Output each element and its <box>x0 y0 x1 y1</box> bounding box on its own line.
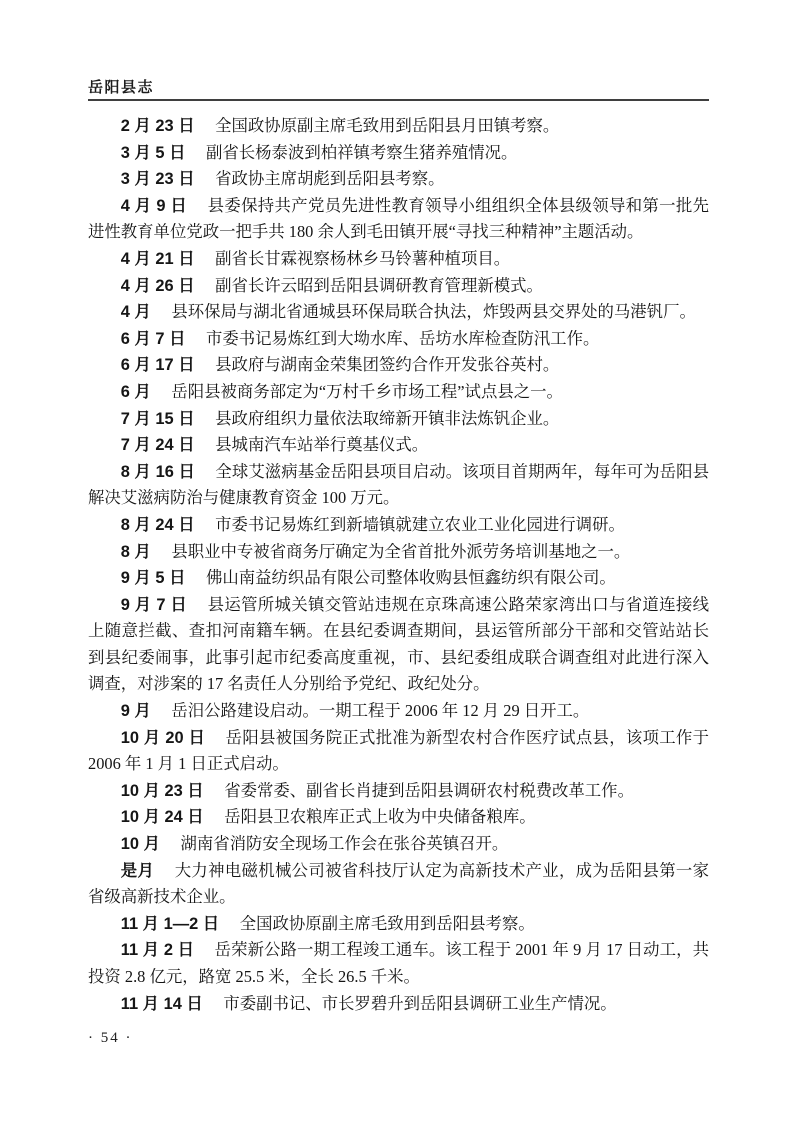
entry-date: 3 月 5 日 <box>121 144 186 162</box>
entry-text: 岳阳县卫农粮库正式上收为中央储备粮库。 <box>224 807 535 826</box>
chronicle-entries: 2 月 23 日全国政协原副主席毛致用到岳阳县月田镇考察。3 月 5 日副省长杨… <box>88 113 709 1017</box>
entry-text: 省委常委、副省长肖捷到岳阳县调研农村税费改革工作。 <box>224 781 634 800</box>
entry-text: 佛山南益纺织品有限公司整体收购县恒鑫纺织有限公司。 <box>206 568 616 587</box>
chronicle-entry: 2 月 23 日全国政协原副主席毛致用到岳阳县月田镇考察。 <box>88 113 709 140</box>
chronicle-entry: 是月大力神电磁机械公司被省科技厅认定为高新技术产业，成为岳阳县第一家省级高新技术… <box>88 858 709 911</box>
chronicle-entry: 11 月 1—2 日全国政协原副主席毛致用到岳阳县考察。 <box>88 911 709 938</box>
entry-date: 11 月 2 日 <box>121 941 194 959</box>
book-title: 岳阳县志 <box>88 79 154 96</box>
entry-date: 11 月 14 日 <box>121 995 203 1013</box>
entry-date: 9 月 7 日 <box>121 596 187 614</box>
chronicle-entry: 9 月 5 日佛山南益纺织品有限公司整体收购县恒鑫纺织有限公司。 <box>88 565 709 592</box>
entry-text: 县政府组织力量依法取缔新开镇非法炼钒企业。 <box>215 409 559 428</box>
running-header: 岳阳县志 <box>88 76 709 97</box>
entry-date: 6 月 17 日 <box>121 356 195 374</box>
entry-text: 副省长杨泰波到柏祥镇考察生猪养殖情况。 <box>206 143 517 162</box>
chronicle-entry: 10 月湖南省消防安全现场工作会在张谷英镇召开。 <box>88 831 709 858</box>
entry-text: 岳阳县被商务部定为“万村千乡市场工程”试点县之一。 <box>171 382 563 401</box>
entry-date: 10 月 24 日 <box>121 808 204 826</box>
entry-date: 7 月 15 日 <box>121 410 195 428</box>
chronicle-entry: 3 月 5 日副省长杨泰波到柏祥镇考察生猪养殖情况。 <box>88 140 709 167</box>
chronicle-entry: 11 月 2 日岳荣新公路一期工程竣工通车。该工程于 2001 年 9 月 17… <box>88 937 709 990</box>
chronicle-entry: 6 月岳阳县被商务部定为“万村千乡市场工程”试点县之一。 <box>88 379 709 406</box>
chronicle-entry: 10 月 24 日岳阳县卫农粮库正式上收为中央储备粮库。 <box>88 804 709 831</box>
chronicle-entry: 4 月 9 日县委保持共产党员先进性教育领导小组组织全体县级领导和第一批先进性教… <box>88 193 709 246</box>
chronicle-entry: 3 月 23 日省政协主席胡彪到岳阳县考察。 <box>88 166 709 193</box>
entry-date: 7 月 24 日 <box>121 436 195 454</box>
chronicle-entry: 8 月县职业中专被省商务厅确定为全省首批外派劳务培训基地之一。 <box>88 539 709 566</box>
chronicle-entry: 9 月岳汨公路建设启动。一期工程于 2006 年 12 月 29 日开工。 <box>88 698 709 725</box>
entry-text: 市委书记易炼红到新墙镇就建立农业工业化园进行调研。 <box>215 515 625 534</box>
entry-text: 市委副书记、市长罗碧升到岳阳县调研工业生产情况。 <box>223 994 616 1013</box>
entry-date: 2 月 23 日 <box>121 117 195 135</box>
document-page: 岳阳县志 2 月 23 日全国政协原副主席毛致用到岳阳县月田镇考察。3 月 5 … <box>0 0 793 1122</box>
chronicle-entry: 6 月 7 日市委书记易炼红到大坳水库、岳坊水库检查防汛工作。 <box>88 326 709 353</box>
entry-date: 9 月 5 日 <box>121 569 186 587</box>
entry-date: 8 月 16 日 <box>121 463 195 481</box>
entry-text: 副省长甘霖视察杨林乡马铃薯种植项目。 <box>215 249 510 268</box>
entry-date: 8 月 <box>121 543 151 561</box>
entry-text: 全国政协原副主席毛致用到岳阳县考察。 <box>240 914 535 933</box>
entry-text: 县城南汽车站举行奠基仪式。 <box>215 435 428 454</box>
entry-date: 6 月 7 日 <box>121 330 186 348</box>
header-rule <box>88 99 709 101</box>
entry-text: 全国政协原副主席毛致用到岳阳县月田镇考察。 <box>215 116 559 135</box>
entry-text: 岳汨公路建设启动。一期工程于 2006 年 12 月 29 日开工。 <box>171 701 589 720</box>
entry-date: 4 月 9 日 <box>121 197 187 215</box>
entry-date: 4 月 26 日 <box>121 277 195 295</box>
entry-text: 县职业中专被省商务厅确定为全省首批外派劳务培训基地之一。 <box>171 542 630 561</box>
entry-date: 10 月 20 日 <box>121 729 205 747</box>
entry-text: 大力神电磁机械公司被省科技厅认定为高新技术产业，成为岳阳县第一家省级高新技术企业… <box>88 861 709 907</box>
chronicle-entry: 7 月 24 日县城南汽车站举行奠基仪式。 <box>88 432 709 459</box>
chronicle-entry: 4 月 26 日副省长许云昭到岳阳县调研教育管理新模式。 <box>88 273 709 300</box>
chronicle-entry: 10 月 20 日岳阳县被国务院正式批准为新型农村合作医疗试点县，该项工作于 2… <box>88 725 709 778</box>
entry-date: 8 月 24 日 <box>121 516 195 534</box>
entry-date: 4 月 21 日 <box>121 250 195 268</box>
entry-date: 3 月 23 日 <box>121 170 195 188</box>
entry-text: 县政府与湖南金荣集团签约合作开发张谷英村。 <box>215 355 559 374</box>
page-number: · 54 · <box>88 1030 133 1047</box>
chronicle-entry: 11 月 14 日市委副书记、市长罗碧升到岳阳县调研工业生产情况。 <box>88 991 709 1018</box>
chronicle-entry: 9 月 7 日县运管所城关镇交管站违规在京珠高速公路荣家湾出口与省道连接线上随意… <box>88 592 709 698</box>
entry-text: 县环保局与湖北省通城县环保局联合执法，炸毁两县交界处的马港钒厂。 <box>171 302 696 321</box>
chronicle-entry: 10 月 23 日省委常委、副省长肖捷到岳阳县调研农村税费改革工作。 <box>88 778 709 805</box>
entry-date: 11 月 1—2 日 <box>121 915 219 933</box>
entry-date: 是月 <box>121 862 154 880</box>
entry-date: 4 月 <box>121 303 151 321</box>
chronicle-entry: 6 月 17 日县政府与湖南金荣集团签约合作开发张谷英村。 <box>88 352 709 379</box>
chronicle-entry: 8 月 16 日全球艾滋病基金岳阳县项目启动。该项目首期两年，每年可为岳阳县解决… <box>88 459 709 512</box>
entry-date: 10 月 <box>121 835 160 853</box>
entry-date: 10 月 23 日 <box>121 782 204 800</box>
entry-text: 市委书记易炼红到大坳水库、岳坊水库检查防汛工作。 <box>206 329 599 348</box>
chronicle-entry: 8 月 24 日市委书记易炼红到新墙镇就建立农业工业化园进行调研。 <box>88 512 709 539</box>
entry-text: 省政协主席胡彪到岳阳县考察。 <box>215 169 444 188</box>
entry-text: 湖南省消防安全现场工作会在张谷英镇召开。 <box>180 834 508 853</box>
chronicle-entry: 4 月 21 日副省长甘霖视察杨林乡马铃薯种植项目。 <box>88 246 709 273</box>
entry-date: 6 月 <box>121 383 151 401</box>
chronicle-entry: 4 月县环保局与湖北省通城县环保局联合执法，炸毁两县交界处的马港钒厂。 <box>88 299 709 326</box>
entry-date: 9 月 <box>121 702 151 720</box>
entry-text: 副省长许云昭到岳阳县调研教育管理新模式。 <box>215 276 543 295</box>
chronicle-entry: 7 月 15 日县政府组织力量依法取缔新开镇非法炼钒企业。 <box>88 406 709 433</box>
